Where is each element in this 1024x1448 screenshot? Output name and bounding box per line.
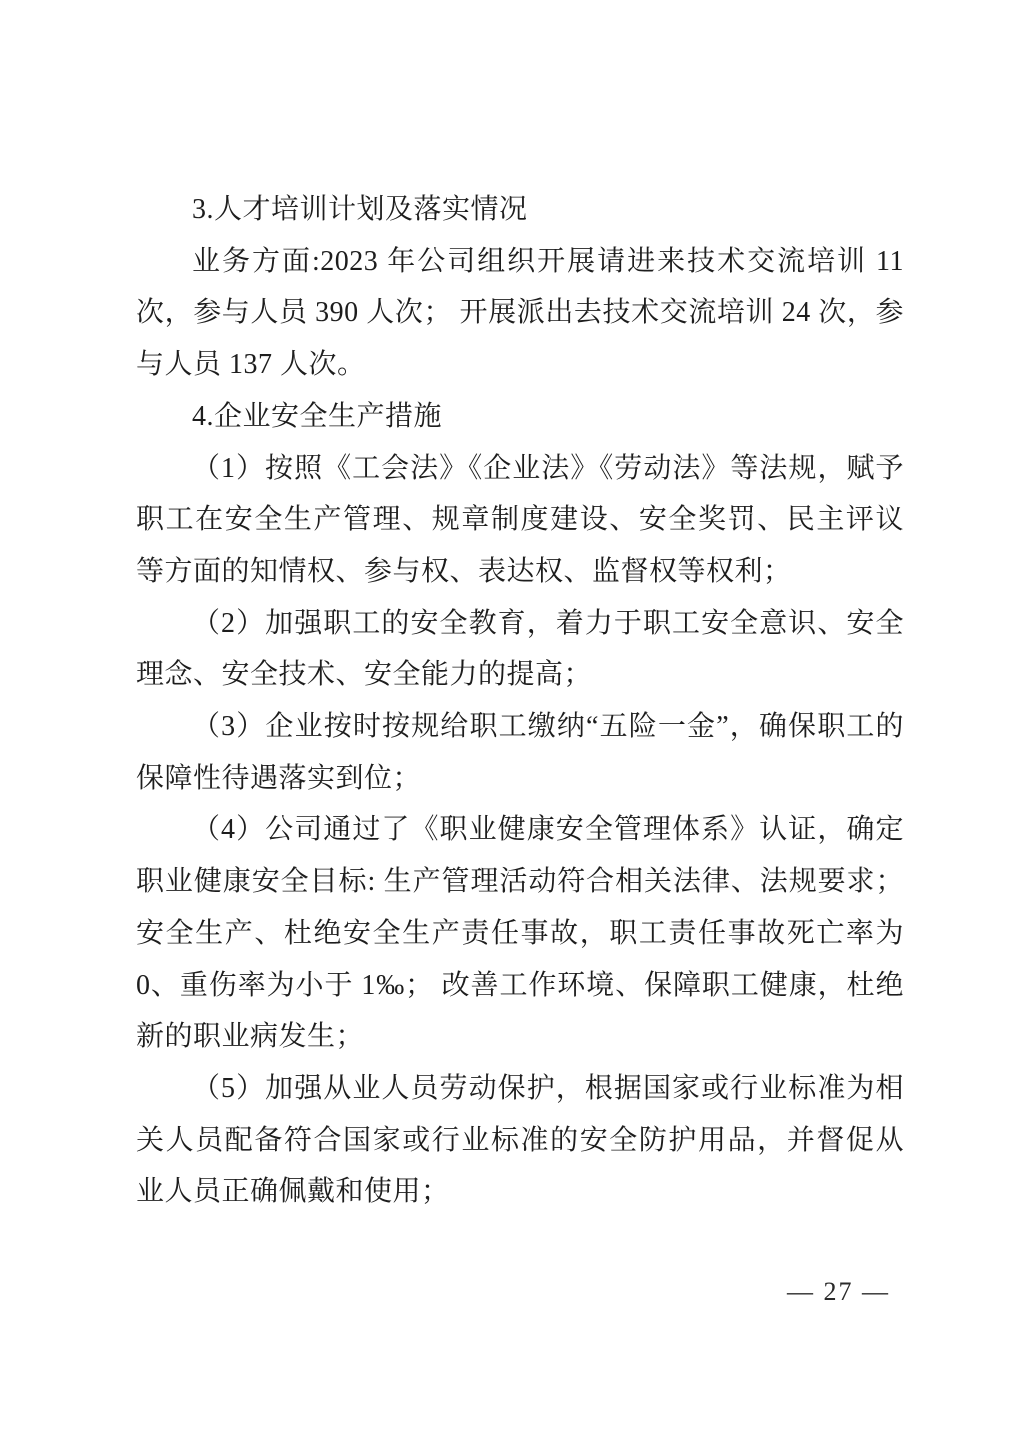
paragraph-measure-4: （4）公司通过了《职业健康安全管理体系》认证，确定职业健康安全目标: 生产管理活… [136,804,904,1063]
paragraph-measure-1: （1）按照《工会法》《企业法》《劳动法》等法规，赋予职工在安全生产管理、规章制度… [136,443,904,598]
paragraph-measure-3: （3）企业按时按规给职工缴纳“五险一金”，确保职工的保障性待遇落实到位； [136,701,904,804]
document-body: 3.人才培训计划及落实情况 业务方面:2023 年公司组织开展请进来技术交流培训… [136,184,904,1218]
page-number: — 27 — [787,1276,890,1308]
document-page: 3.人才培训计划及落实情况 业务方面:2023 年公司组织开展请进来技术交流培训… [0,0,1024,1448]
section-heading-talent-training: 3.人才培训计划及落实情况 [136,184,904,236]
paragraph-measure-5: （5）加强从业人员劳动保护，根据国家或行业标准为相关人员配备符合国家或行业标准的… [136,1063,904,1218]
paragraph-measure-2: （2）加强职工的安全教育，着力于职工安全意识、安全理念、安全技术、安全能力的提高… [136,598,904,701]
paragraph-training-stats: 业务方面:2023 年公司组织开展请进来技术交流培训 11 次，参与人员 390… [136,236,904,391]
section-heading-safety-measures: 4.企业安全生产措施 [136,391,904,443]
